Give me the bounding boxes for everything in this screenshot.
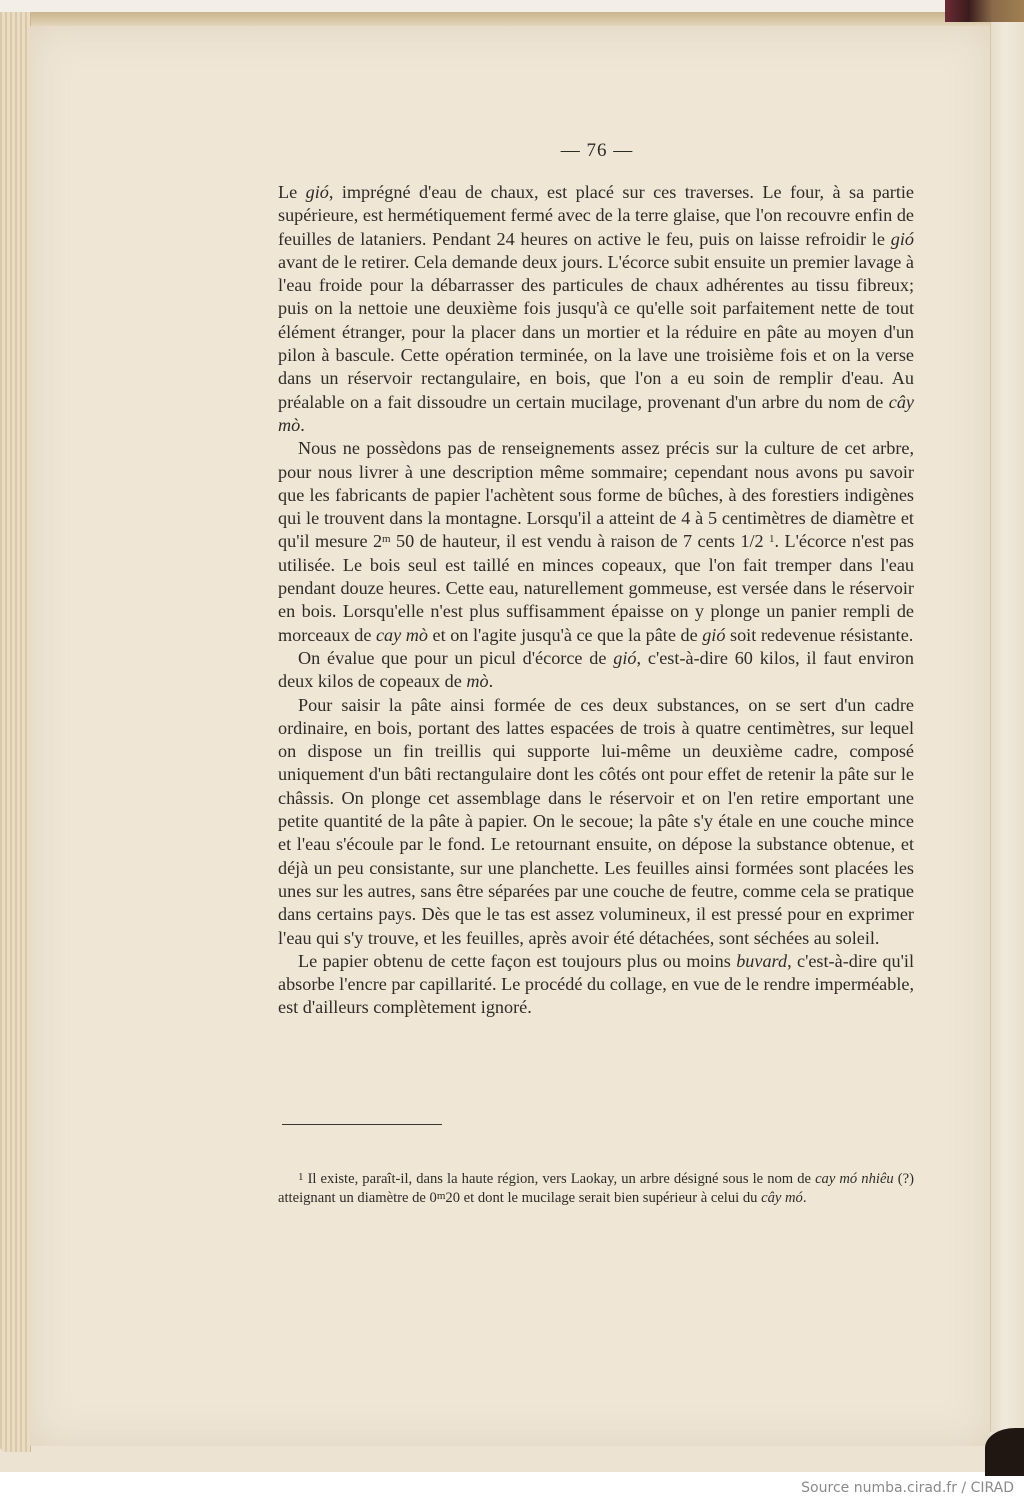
book-binding-bottom	[985, 1428, 1024, 1476]
superscript: m	[382, 533, 391, 545]
scanned-book-spread: — 76 — Le gió, imprégné d'eau de chaux, …	[0, 0, 1024, 1472]
paragraph: Nous ne possèdons pas de renseignements …	[278, 437, 914, 647]
superscript: m	[437, 1190, 446, 1202]
italic-term: gió	[702, 625, 725, 645]
paragraph: Le gió, imprégné d'eau de chaux, est pla…	[278, 181, 914, 437]
page-number: — 76 —	[0, 140, 1024, 162]
italic-term: mò	[466, 671, 488, 691]
superscript: 1	[298, 1171, 304, 1183]
italic-term: cay mó nhiêu	[815, 1171, 894, 1187]
italic-term: cây mó	[761, 1190, 803, 1206]
italic-term: cay mò	[376, 625, 428, 645]
page-fold-right	[990, 22, 1024, 1432]
body-text: Le gió, imprégné d'eau de chaux, est pla…	[278, 181, 914, 1020]
paragraph: On évalue que pour un picul d'écorce de …	[278, 647, 914, 694]
paragraph: Le papier obtenu de cette façon est touj…	[278, 950, 914, 1020]
paragraph: Pour saisir la pâte ainsi formée de ces …	[278, 694, 914, 950]
footnote-divider	[282, 1124, 442, 1125]
italic-term: cây mò	[278, 392, 914, 435]
footnote: 1 Il existe, paraît-il, dans la haute ré…	[278, 1170, 914, 1207]
source-credit: Source numba.cirad.fr / CIRAD	[801, 1480, 1014, 1496]
italic-term: gió	[891, 229, 914, 249]
page-edges-left	[0, 12, 31, 1452]
superscript: 1	[769, 533, 775, 545]
page-edges-top	[0, 12, 990, 26]
book-binding-top	[945, 0, 1024, 22]
italic-term: buvard	[736, 951, 787, 971]
italic-term: gió	[306, 182, 329, 202]
italic-term: gió	[613, 648, 636, 668]
